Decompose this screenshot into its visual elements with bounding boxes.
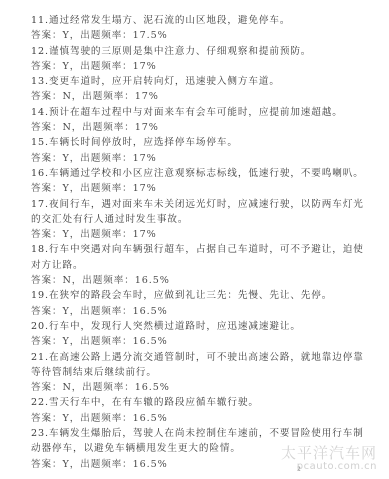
answer-text: 答案：Y，出题频率：17%	[31, 227, 371, 242]
question-14: 14.预计在超车过程中与对面来车有会车可能时，应提前加速超越。 答案：N，出题频…	[31, 105, 371, 136]
answer-text: 答案：Y，出题频率：17.5%	[31, 28, 371, 43]
document-page: 11.通过经常发生塌方、泥石流的山区地段，避免停车。 答案：Y，出题频率：17.…	[31, 13, 371, 472]
question-text-continued: 等待管制结束后继续前行。	[31, 365, 371, 380]
question-12: 12.谨慎驾驶的三原则是集中注意力、仔细观察和提前预防。 答案：Y，出题频率：1…	[31, 44, 371, 75]
answer-text: 答案：Y，出题频率：16.5%	[31, 304, 371, 319]
question-17: 17.夜间行车，遇对面来车未关闭远光灯时，应减速行驶，以防两车灯光 的交汇处有行…	[31, 197, 371, 243]
answer-text: 答案：N，出题频率：17%	[31, 120, 371, 135]
answer-text: 答案：N，出题频率：16.5%	[31, 273, 371, 288]
watermark-title: 太平洋汽车网	[281, 446, 377, 461]
question-text: 21.在高速公路上遇分流交通管制时，可不驶出高速公路，就地靠边停靠	[31, 350, 371, 365]
question-13: 13.变更车道时，应开启转向灯，迅速驶入侧方车道。 答案：N，出题频率：17%	[31, 74, 371, 105]
question-11: 11.通过经常发生塌方、泥石流的山区地段，避免停车。 答案：Y，出题频率：17.…	[31, 13, 371, 44]
question-text-continued: 的交汇处有行人通过时发生事故。	[31, 212, 371, 227]
question-text: 22.雪天行车中，在有车辙的路段应循车辙行驶。	[31, 395, 371, 410]
answer-text: 答案：N，出题频率：16.5%	[31, 380, 371, 395]
answer-text: 答案：Y，出题频率：17%	[31, 151, 371, 166]
answer-text: 答案：Y，出题频率：16.5%	[31, 334, 371, 349]
question-text: 18.行车中突遇对向车辆强行超车，占据自己车道时，可不予避让，迫使	[31, 242, 371, 257]
question-text: 20.行车中，发现行人突然横过道路时，应迅速减速避让。	[31, 319, 371, 334]
question-15: 15.车辆长时间停放时，应选择停车场停车。 答案：Y，出题频率：17%	[31, 135, 371, 166]
answer-text: 答案：Y，出题频率：17%	[31, 181, 371, 196]
question-18: 18.行车中突遇对向车辆强行超车，占据自己车道时，可不予避让，迫使 对方让路。 …	[31, 242, 371, 288]
question-text: 11.通过经常发生塌方、泥石流的山区地段，避免停车。	[31, 13, 371, 28]
question-22: 22.雪天行车中，在有车辙的路段应循车辙行驶。 答案：Y，出题频率：16.5%	[31, 395, 371, 426]
question-20: 20.行车中，发现行人突然横过道路时，应迅速减速避让。 答案：Y，出题频率：16…	[31, 319, 371, 350]
watermark: 太平洋汽车网 pcauto.com.cn	[281, 446, 377, 472]
answer-text: 答案：N，出题频率：17%	[31, 89, 371, 104]
question-text: 16.车辆通过学校和小区应注意观察标志标线，低速行驶，不要鸣喇叭。	[31, 166, 371, 181]
question-text: 23.车辆发生爆胎后，驾驶人在尚未控制住车速前，不要冒险使用行车制	[31, 426, 371, 441]
question-text: 14.预计在超车过程中与对面来车有会车可能时，应提前加速超越。	[31, 105, 371, 120]
question-text: 19.在狭窄的路段会车时，应做到礼让三先：先慢、先让、先停。	[31, 288, 371, 303]
question-text-continued: 对方让路。	[31, 258, 371, 273]
question-text: 17.夜间行车，遇对面来车未关闭远光灯时，应减速行驶，以防两车灯光	[31, 197, 371, 212]
answer-text: 答案：Y，出题频率：16.5%	[31, 411, 371, 426]
question-16: 16.车辆通过学校和小区应注意观察标志标线，低速行驶，不要鸣喇叭。 答案：Y，出…	[31, 166, 371, 197]
question-21: 21.在高速公路上遇分流交通管制时，可不驶出高速公路，就地靠边停靠 等待管制结束…	[31, 350, 371, 396]
watermark-url: pcauto.com.cn	[281, 461, 377, 472]
question-text: 12.谨慎驾驶的三原则是集中注意力、仔细观察和提前预防。	[31, 44, 371, 59]
answer-text: 答案：Y，出题频率：17%	[31, 59, 371, 74]
question-text: 15.车辆长时间停放时，应选择停车场停车。	[31, 135, 371, 150]
question-19: 19.在狭窄的路段会车时，应做到礼让三先：先慢、先让、先停。 答案：Y，出题频率…	[31, 288, 371, 319]
question-text: 13.变更车道时，应开启转向灯，迅速驶入侧方车道。	[31, 74, 371, 89]
